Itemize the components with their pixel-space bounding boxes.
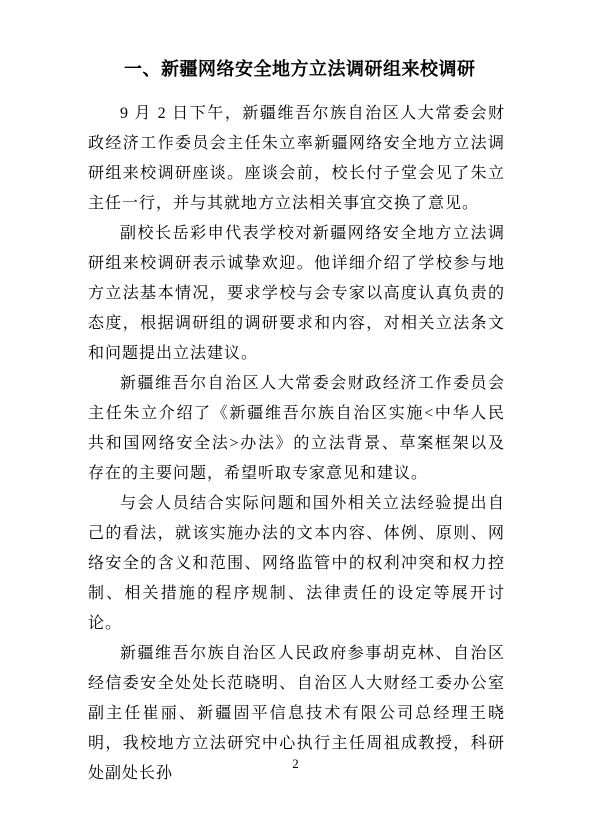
section-heading: 一、新疆网络安全地方立法调研组来校调研 <box>88 56 505 83</box>
page-number: 2 <box>0 756 591 772</box>
document-page: 一、新疆网络安全地方立法调研组来校调研 9 月 2 日下午，新疆维吾尔族自治区人… <box>0 0 591 823</box>
paragraph-4: 与会人员结合实际问题和国外相关立法经验提出自己的看法，就该实施办法的文本内容、体… <box>88 489 505 639</box>
paragraph-1: 9 月 2 日下午，新疆维吾尔族自治区人大常委会财政经济工作委员会主任朱立率新疆… <box>88 99 505 219</box>
paragraph-3: 新疆维吾尔自治区人大常委会财政经济工作委员会主任朱立介绍了《新疆维吾尔族自治区实… <box>88 369 505 489</box>
paragraph-2: 副校长岳彩申代表学校对新疆网络安全地方立法调研组来校调研表示诚挚欢迎。他详细介绍… <box>88 219 505 369</box>
